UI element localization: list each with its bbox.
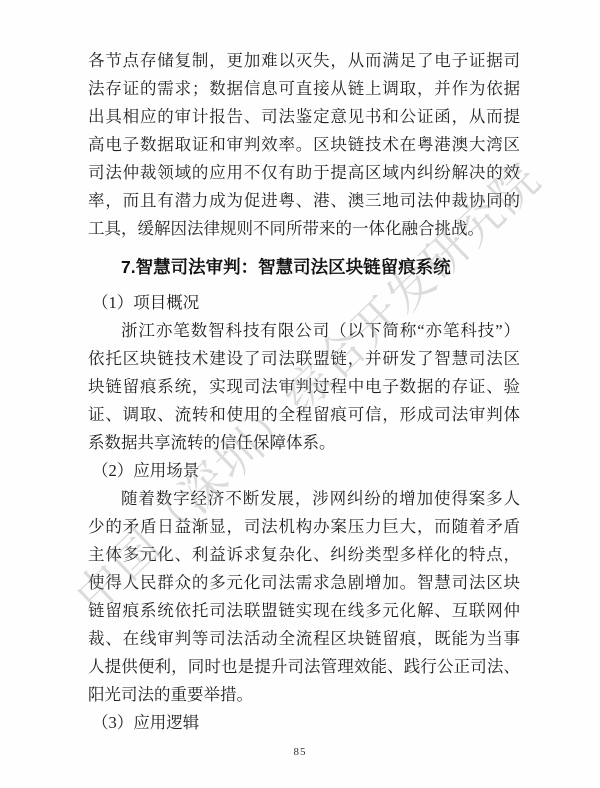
paragraph: 各节点存储复制，更加难以灭失，从而满足了电子证据司法存证的需求；数据信息可直接从… — [88, 47, 520, 243]
text-line: 阳光司法的重要举措。 — [88, 681, 520, 709]
text-line: 证、调取、流转和使用的全程留痕可信，形成司法审判体 — [88, 401, 520, 429]
paragraph: 随着数字经济不断发展，涉网纠纷的增加使得案多人少的矛盾日益渐显，司法机构办案压力… — [88, 485, 520, 709]
subsection-heading: （1）项目概况 — [88, 289, 520, 317]
text-line: 依托区块链技术建设了司法联盟链，并研发了智慧司法区 — [88, 345, 520, 373]
text-line: 人提供便利，同时也是提升司法管理效能、践行公正司法、 — [88, 653, 520, 681]
text-line: 主体多元化、利益诉求复杂化、纠纷类型多样化的特点， — [88, 541, 520, 569]
page-content: 各节点存储复制，更加难以灭失，从而满足了电子证据司法存证的需求；数据信息可直接从… — [88, 47, 520, 737]
text-line: 工具，缓解因法律规则不同所带来的一体化融合挑战。 — [88, 215, 520, 243]
text-line: 少的矛盾日益渐显，司法机构办案压力巨大，而随着矛盾 — [88, 513, 520, 541]
text-line: 块链留痕系统，实现司法审判过程中电子数据的存证、验 — [88, 373, 520, 401]
text-line: 出具相应的审计报告、司法鉴定意见书和公证函，从而提 — [88, 103, 520, 131]
text-line: 随着数字经济不断发展，涉网纠纷的增加使得案多人 — [88, 485, 520, 513]
text-line: 高电子数据取证和审判效率。区块链技术在粤港澳大湾区 — [88, 131, 520, 159]
text-line: 司法仲裁领域的应用不仅有助于提高区域内纠纷解决的效 — [88, 159, 520, 187]
subsection-heading: （2）应用场景 — [88, 457, 520, 485]
paragraph: 浙江亦笔数智科技有限公司（以下简称“亦笔科技”）依托区块链技术建设了司法联盟链，… — [88, 317, 520, 457]
page-number: 85 — [0, 746, 600, 758]
text-line: 浙江亦笔数智科技有限公司（以下简称“亦笔科技”） — [88, 317, 520, 345]
text-line: 系数据共享流转的信任保障体系。 — [88, 429, 520, 457]
section-heading: 7.智慧司法审判：智慧司法区块链留痕系统 — [88, 253, 520, 281]
text-line: 裁、在线审判等司法活动全流程区块链留痕，既能为当事 — [88, 625, 520, 653]
text-line: 各节点存储复制，更加难以灭失，从而满足了电子证据司 — [88, 47, 520, 75]
text-line: 链留痕系统依托司法联盟链实现在线多元化解、互联网仲 — [88, 597, 520, 625]
document-page: 中国（深圳）综合开发研究院 各节点存储复制，更加难以灭失，从而满足了电子证据司法… — [0, 0, 600, 788]
text-line: 法存证的需求；数据信息可直接从链上调取，并作为依据 — [88, 75, 520, 103]
subsection-heading: （3）应用逻辑 — [88, 709, 520, 737]
text-line: 使得人民群众的多元化司法需求急剧增加。智慧司法区块 — [88, 569, 520, 597]
text-line: 率，而且有潜力成为促进粤、港、澳三地司法仲裁协同的 — [88, 187, 520, 215]
